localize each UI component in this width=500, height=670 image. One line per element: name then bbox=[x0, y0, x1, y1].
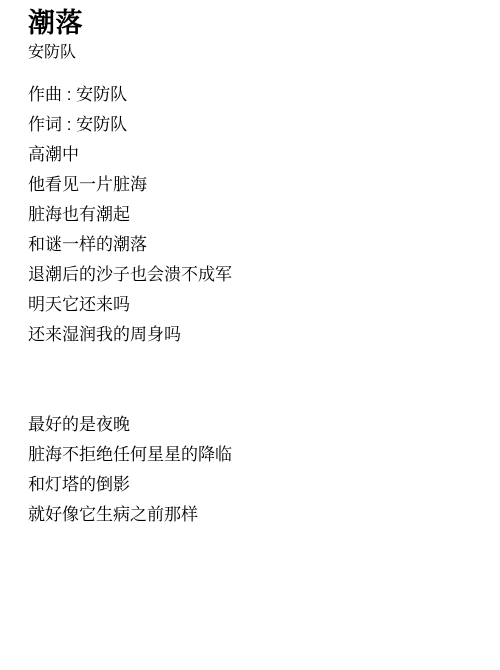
lyric-line: 明天它还来吗 bbox=[28, 290, 472, 320]
lyrics-page: 潮落 安防队 作曲 : 安防队作词 : 安防队高潮中他看见一片脏海脏海也有潮起和… bbox=[0, 0, 500, 670]
lyric-line: 高潮中 bbox=[28, 140, 472, 170]
lyric-line: 就好像它生病之前那样 bbox=[28, 500, 472, 530]
lyric-line: 作曲 : 安防队 bbox=[28, 80, 472, 110]
lyrics: 作曲 : 安防队作词 : 安防队高潮中他看见一片脏海脏海也有潮起和谜一样的潮落退… bbox=[28, 80, 472, 530]
lyric-line bbox=[28, 380, 472, 410]
song-title: 潮落 bbox=[28, 4, 472, 42]
lyric-line: 他看见一片脏海 bbox=[28, 170, 472, 200]
lyric-line: 还来湿润我的周身吗 bbox=[28, 320, 472, 350]
lyric-line: 作词 : 安防队 bbox=[28, 110, 472, 140]
lyric-line: 和灯塔的倒影 bbox=[28, 470, 472, 500]
lyric-line: 和谜一样的潮落 bbox=[28, 230, 472, 260]
lyric-line: 最好的是夜晚 bbox=[28, 410, 472, 440]
lyric-line: 脏海也有潮起 bbox=[28, 200, 472, 230]
artist-name: 安防队 bbox=[28, 42, 472, 64]
lyric-line: 退潮后的沙子也会溃不成军 bbox=[28, 260, 472, 290]
lyric-line bbox=[28, 350, 472, 380]
lyric-line: 脏海不拒绝任何星星的降临 bbox=[28, 440, 472, 470]
